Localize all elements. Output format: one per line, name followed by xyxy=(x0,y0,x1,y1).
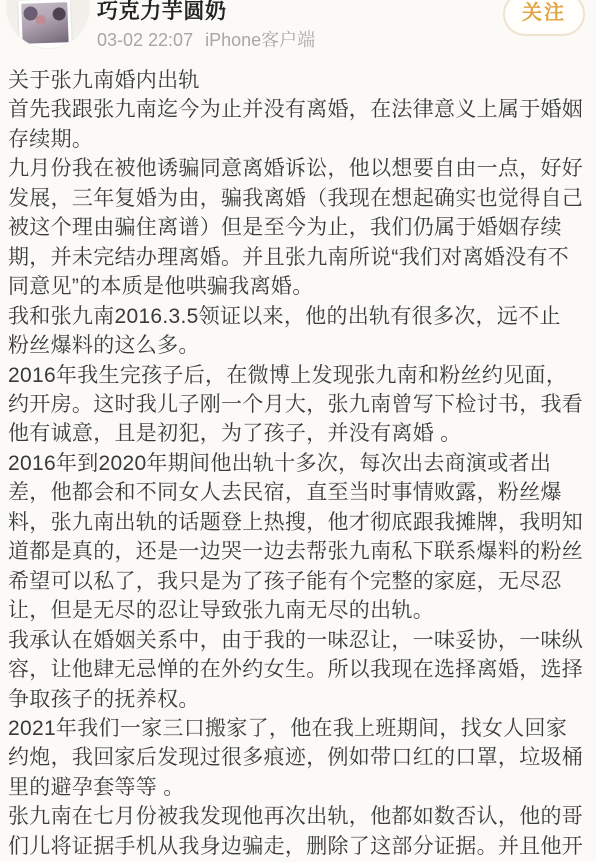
post-line: 里的避孕套等等 。 xyxy=(8,773,592,802)
post-line: 我和张九南2016.3.5领证以来，他的出轨有很多次，远不止 xyxy=(8,302,592,331)
post-line: 让，但是无尽的忍让导致张九南无尽的出轨。 xyxy=(8,596,592,625)
post-line: 们儿将证据手机从我身边骗走，删除了这部分证据。并且他开 xyxy=(8,832,592,861)
post-line: 2016年我生完孩子后，在微博上发现张九南和粉丝约见面， xyxy=(8,361,592,390)
avatar[interactable] xyxy=(7,0,89,48)
post-line: 首先我跟张九南迄今为止并没有离婚，在法律意义上属于婚姻 xyxy=(8,95,592,124)
post-line: 差，他都会和不同女人去民宿，直至当时事情败露，粉丝爆 xyxy=(8,478,592,507)
post-line: 2016年到2020年期间他出轨十多次，每次出去商演或者出 xyxy=(8,449,592,478)
post-line: 同意见”的本质是他哄骗我离婚。 xyxy=(8,272,592,301)
post-line: 道都是真的，还是一边哭一边去帮张九南私下联系爆料的粉丝 xyxy=(8,537,592,566)
post-line: 粉丝爆料的这么多。 xyxy=(8,331,592,360)
post-line: 约开房。这时我儿子刚一个月大，张九南曾写下检讨书，我看 xyxy=(8,390,592,419)
photo-person-head xyxy=(36,15,46,25)
avatar-polaroid-photo xyxy=(18,0,72,48)
post-line: 他有诚意，且是初犯，为了孩子，并没有离婚 。 xyxy=(8,419,592,448)
post-line: 约炮，我回家后发现过很多痕迹，例如带口红的口罩，垃圾桶 xyxy=(8,743,592,772)
post-meta: 03-02 22:07iPhone客户端 xyxy=(97,26,315,52)
post-line: 争取孩子的抚养权。 xyxy=(8,685,592,714)
username[interactable]: 巧克力芋圆奶 xyxy=(97,0,227,25)
post-source-client: iPhone客户端 xyxy=(205,30,315,50)
photo-person-head xyxy=(52,7,65,20)
weibo-post-screen: 巧克力芋圆奶 03-02 22:07iPhone客户端 关注 关于张九南婚内出轨… xyxy=(0,0,596,862)
post-line: 2021年我们一家三口搬家了，他在我上班期间，找女人回家 xyxy=(8,714,592,743)
post-line: 存续期。 xyxy=(8,125,592,154)
post-line: 九月份我在被他诱骗同意离婚诉讼，他以想要自由一点，好好 xyxy=(8,154,592,183)
follow-button[interactable]: 关注 xyxy=(503,0,585,36)
avatar-photo-image xyxy=(21,2,68,44)
post-line: 发展，三年复婚为由，骗我离婚（我现在想起确实也觉得自己 xyxy=(8,184,592,213)
post-timestamp: 03-02 22:07 xyxy=(97,30,193,50)
post-line: 期，并未完结办理离婚。并且张九南所说“我们对离婚没有不 xyxy=(8,243,592,272)
post-line: 希望可以私了，我只是为了孩子能有个完整的家庭，无尽忍 xyxy=(8,567,592,596)
post-line: 张九南在七月份被我发现他再次出轨，他都如数否认，他的哥 xyxy=(8,802,592,831)
post-line: 关于张九南婚内出轨 xyxy=(8,66,592,95)
post-line: 容，让他肆无忌惮的在外约女生。所以我现在选择离婚，选择 xyxy=(8,655,592,684)
post-line: 我承认在婚姻关系中，由于我的一味忍让，一味妥协，一味纵 xyxy=(8,626,592,655)
post-text: 关于张九南婚内出轨首先我跟张九南迄今为止并没有离婚，在法律意义上属于婚姻存续期。… xyxy=(0,66,596,861)
post-line: 料，张九南出轨的话题登上热搜，他才彻底跟我摊牌，我明知 xyxy=(8,508,592,537)
post-line: 被这个理由骗住离谱）但是至今为止，我们仍属于婚姻存续 xyxy=(8,213,592,242)
